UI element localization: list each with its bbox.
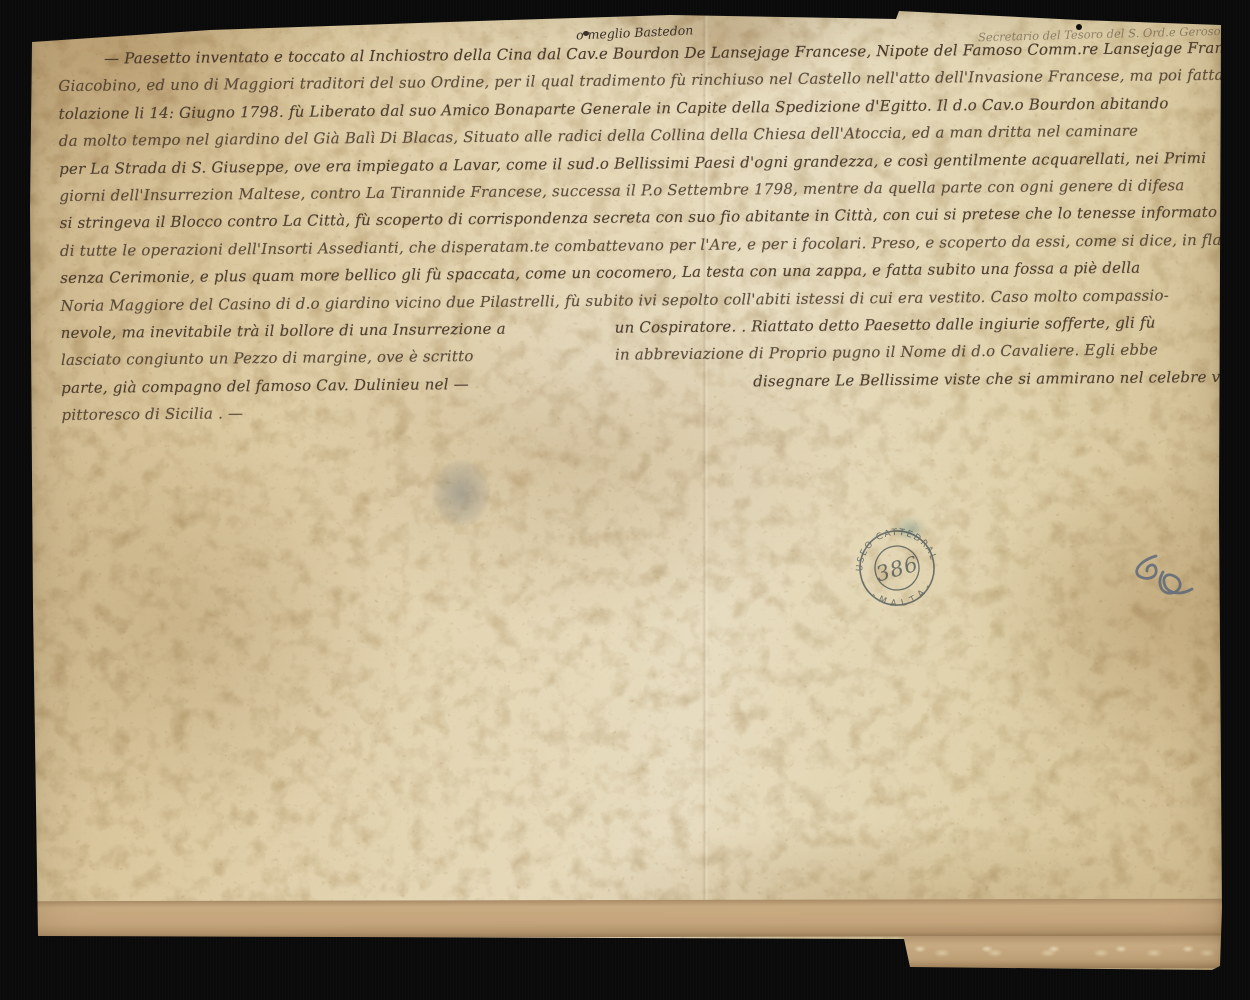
pencil-scribble bbox=[1118, 548, 1204, 610]
manuscript-text: — Paesetto inventato e toccato al Inchio… bbox=[58, 39, 1204, 433]
tape-strip-upper bbox=[33, 899, 1222, 938]
manuscript-paper: o meglio Bastedon Secretario del Tesoro … bbox=[30, 8, 1222, 970]
line-right-segment: un Cospiratore. . Riattato detto Paesett… bbox=[615, 313, 1156, 336]
line-left-segment: nevole, ma inevitabile trà il bollore di… bbox=[61, 320, 506, 342]
museum-stamp: MUSEO CATTEDRALE - M A L T A - 386 bbox=[837, 508, 957, 628]
line-left-segment: parte, già compagno del famoso Cav. Duli… bbox=[61, 375, 469, 397]
line-right-segment: disegnare Le Bellissime viste che si amm… bbox=[753, 367, 1250, 390]
correction-note: o meglio Bastedon bbox=[576, 22, 694, 42]
line-left-segment: lasciato congiunto un Pezzo di margine, … bbox=[61, 347, 474, 369]
line-right-segment: in abbreviazione di Proprio pugno il Nom… bbox=[615, 341, 1158, 364]
ink-smudge bbox=[432, 460, 490, 526]
torn-fiber-texture bbox=[908, 941, 1216, 959]
tape-strip-lower bbox=[904, 936, 1222, 968]
scanned-document-scene: o meglio Bastedon Secretario del Tesoro … bbox=[0, 0, 1250, 1000]
stamp-text-bottom: - M A L T A - bbox=[868, 581, 936, 615]
